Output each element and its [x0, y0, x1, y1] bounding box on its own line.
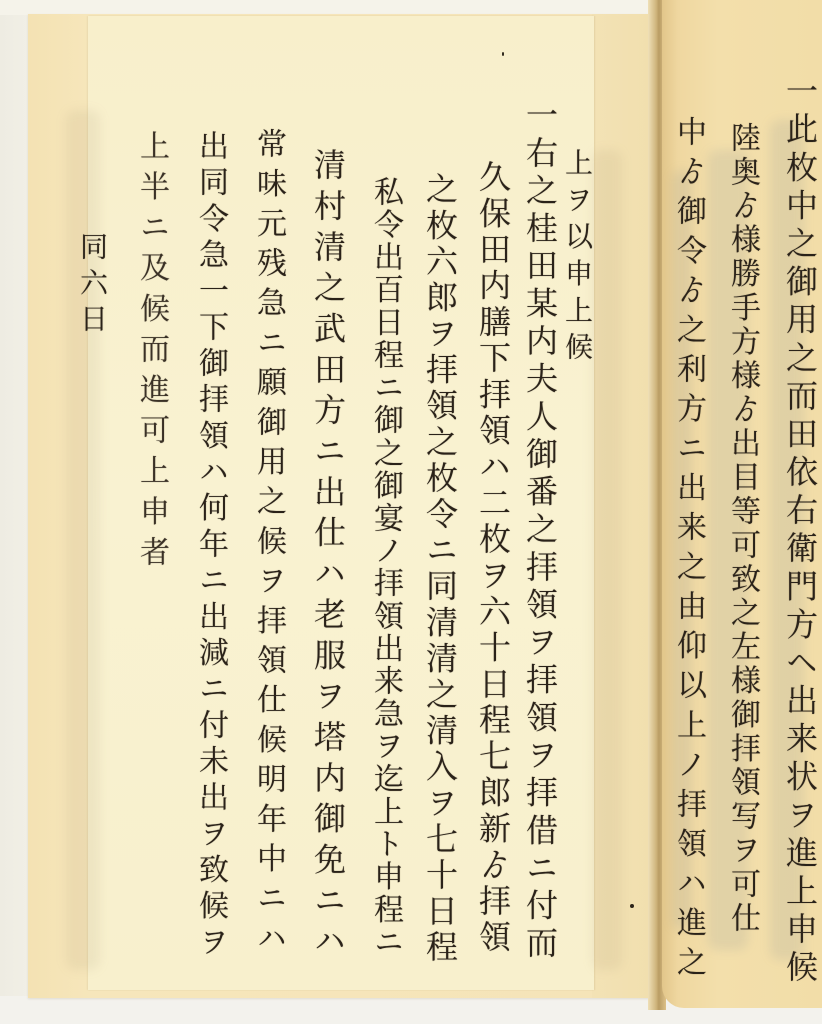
text-column: 上半ニ及候而進可上申者 [136, 130, 166, 566]
paper-speck [630, 904, 634, 908]
text-column: 出同令急一下御拝領ハ何年ニ出減ニ付未出ヲ致候ヲ [195, 130, 225, 956]
text-column: 常味元残急ニ願御用之候ヲ拝領仕候明年中ニハ [253, 128, 283, 952]
date-column: 同六日 [78, 232, 106, 332]
backdrop-left [0, 0, 28, 1024]
backdrop-top [0, 0, 660, 15]
text-column: 之枚六郎ヲ拝領之枚令ニ同清清之清入ヲ七十日程 [424, 172, 456, 962]
text-column: 中ゟ御令ゟ之利方ニ出来之由仰以上ノ拝領ハ進之 [673, 116, 703, 976]
show-through-ink-right-margin [592, 150, 622, 970]
text-column: 久保田内膳下拝領ハ二枚ヲ六十日程七郎新ゟ拝領 [477, 160, 509, 952]
text-column: 私令出百日程ニ御之御宴ノ拝領出来急ヲ迄上ト申程ニ [370, 176, 400, 956]
text-column: 一此枚中之御用之而田依右衛門方ヘ出来状ヲ進上申候 [784, 74, 816, 982]
text-column: 清村清之武田方ニ出仕ハ老服ヲ塔内御免ニハ [312, 148, 344, 956]
paper-speck [502, 52, 504, 56]
left-page-heading-column: 上ヲ以申上候 [563, 148, 591, 360]
text-column: 一右之桂田某内夫人御番之拝領ヲ拝領ヲ拝借ニ付而 [524, 98, 556, 958]
text-column: 陸奥ゟ様勝手方様ゟ出目等可致之左様御拝領写ヲ可仕 [727, 122, 757, 932]
